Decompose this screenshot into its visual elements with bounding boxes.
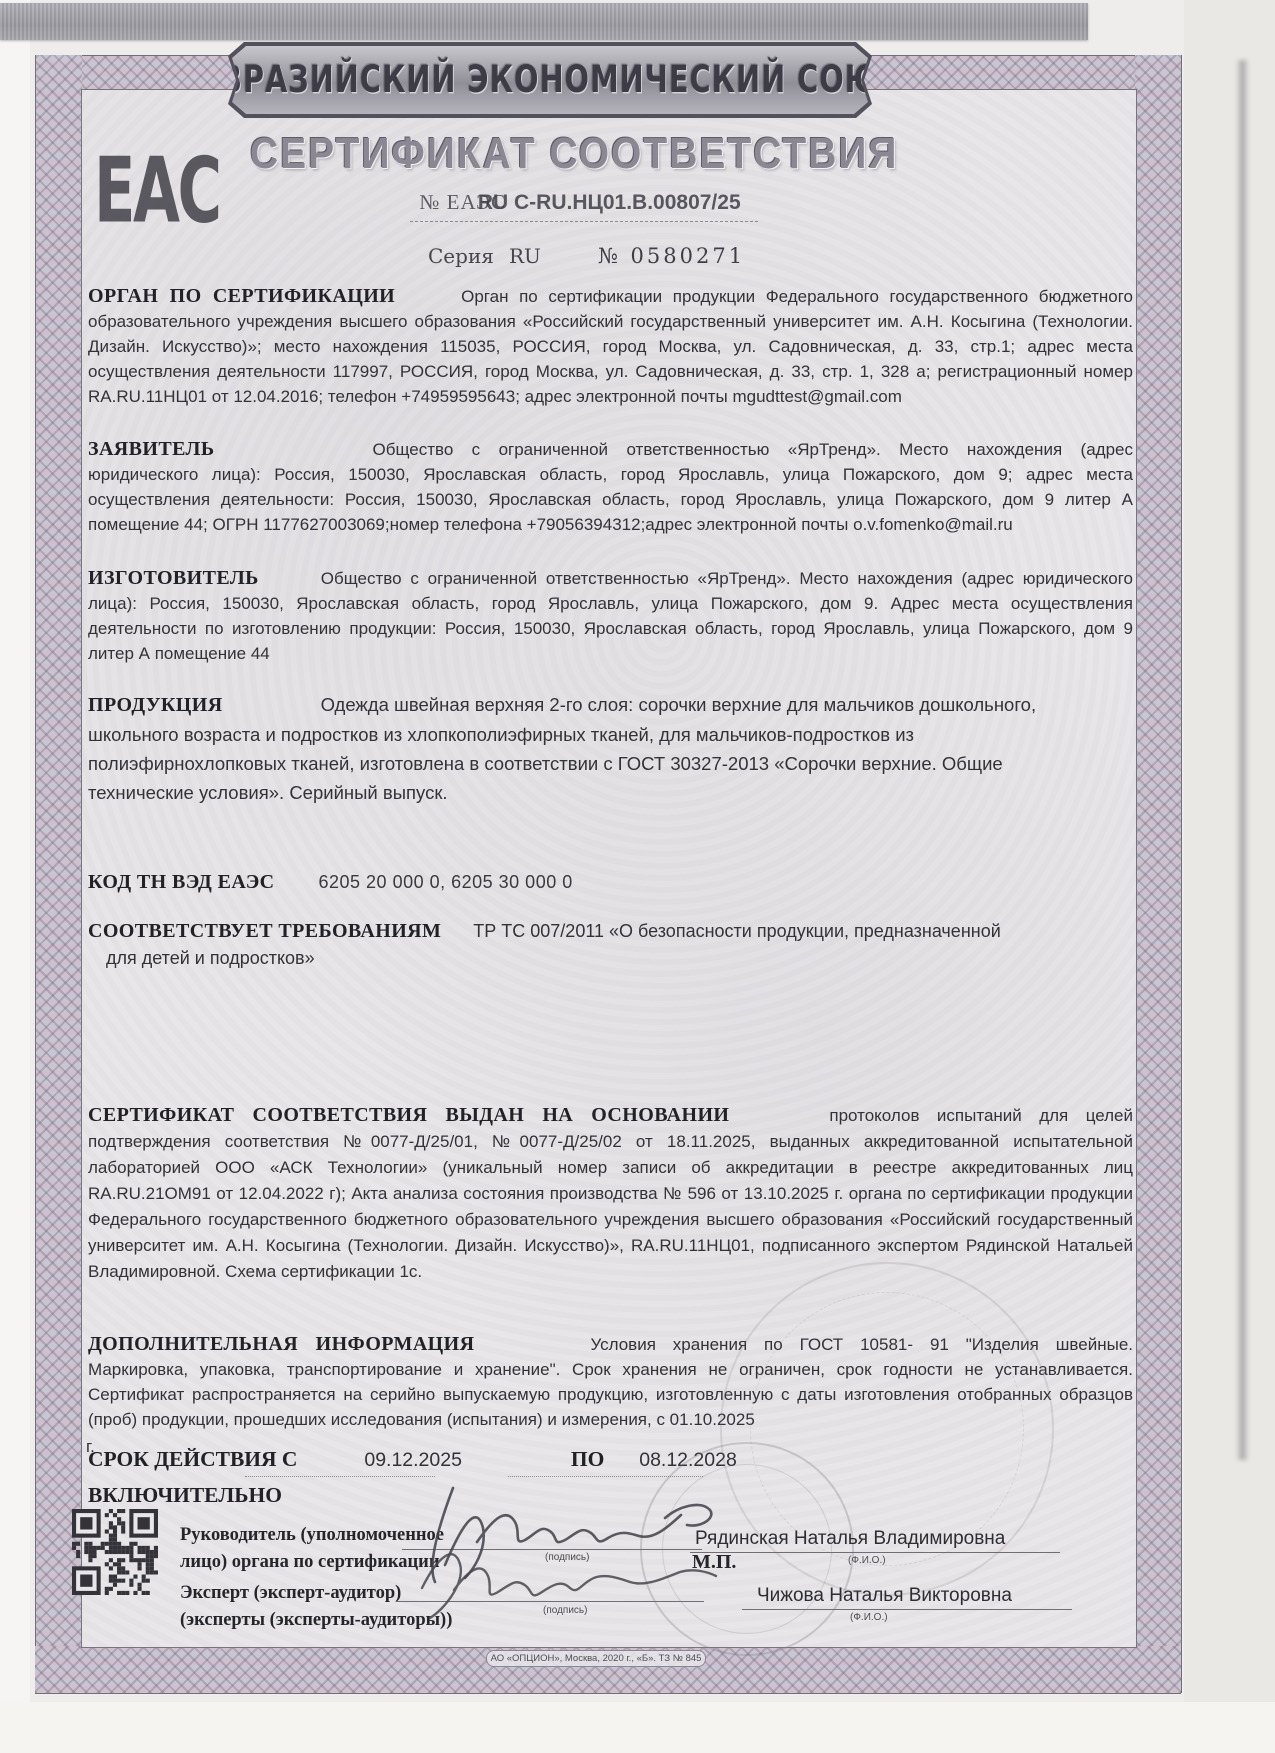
expert-signatory-label: Эксперт (эксперт-аудитор) (эксперты (экс…	[180, 1580, 452, 1634]
qr-code	[72, 1502, 158, 1602]
validity-date-from: 09.12.2025	[364, 1449, 462, 1471]
section-issued-on-basis: СЕРТИФИКАТ СООТВЕТСТВИЯ ВЫДАН НА ОСНОВАН…	[88, 1102, 1133, 1285]
blank-number: № 0580271	[598, 244, 745, 268]
validity-from-underline	[245, 1476, 435, 1477]
certificate-number-underline	[410, 221, 758, 222]
head-signatory-name: Рядинская Наталья Владимировна	[695, 1528, 1005, 1550]
validity-label: СРОК ДЕЙСТВИЯ С	[88, 1447, 297, 1471]
section-product: ПРОДУКЦИЯОдежда швейная верхняя 2-го сло…	[88, 690, 1073, 807]
section-applicant-label: ЗАЯВИТЕЛЬ	[88, 438, 214, 460]
validity-po-label: ПО	[571, 1447, 604, 1471]
section-product-label: ПРОДУКЦИЯ	[88, 694, 223, 716]
section-tnved-label: КОД ТН ВЭД ЕАЭС	[88, 871, 275, 893]
expert-signatory-name: Чижова Наталья Викторовна	[757, 1585, 1012, 1607]
scan-bottom-margin	[0, 1702, 1275, 1753]
expert-name-caption: (Ф.И.О.)	[850, 1612, 888, 1623]
document-title: СЕРТИФИКАТ СООТВЕТСТВИЯ	[250, 130, 890, 179]
page-top-edge-strip	[0, 3, 1088, 40]
scanned-certificate-page: { "banner": { "title": "ЕВРАЗИЙСКИЙ ЭКОН…	[0, 0, 1275, 1753]
section-certification-body: ОРГАН ПО СЕРТИФИКАЦИИОрган по сертификац…	[88, 284, 1133, 409]
expert-signature-line	[396, 1601, 704, 1602]
seal-place-label: М.П.	[692, 1551, 736, 1574]
eac-logo: ЕАС	[94, 146, 205, 262]
head-name-underline	[690, 1552, 1060, 1553]
head-name-caption: (Ф.И.О.)	[848, 1555, 886, 1566]
section-manufacturer: ИЗГОТОВИТЕЛЬОбщество с ограниченной отве…	[88, 566, 1133, 666]
eeu-banner-plate: ЕВРАЗИЙСКИЙ ЭКОНОМИЧЕСКИЙ СОЮЗ	[232, 46, 868, 114]
certificate-number-value: RU С-RU.НЦ01.В.00807/25	[478, 191, 741, 214]
eeu-banner-title: ЕВРАЗИЙСКИЙ ЭКОНОМИЧЕСКИЙ СОЮЗ	[199, 58, 900, 102]
section-issued-on-basis-text: протоколов испытаний для целей подтвержд…	[88, 1106, 1133, 1281]
scan-right-margin	[1184, 0, 1275, 1753]
section-certification-body-label: ОРГАН ПО СЕРТИФИКАЦИИ	[88, 285, 395, 307]
tnved-code-value: 6205 20 000 0, 6205 30 000 0	[319, 872, 573, 892]
section-manufacturer-label: ИЗГОТОВИТЕЛЬ	[88, 567, 259, 589]
head-signature-line	[402, 1549, 702, 1550]
section-tnved-code: КОД ТН ВЭД ЕАЭС6205 20 000 0, 6205 30 00…	[88, 870, 1133, 895]
scan-left-margin	[0, 0, 30, 1753]
series-value: RU	[509, 244, 541, 268]
section-additional-info-label: ДОПОЛНИТЕЛЬНАЯ ИНФОРМАЦИЯ	[88, 1333, 474, 1355]
section-requirements: СООТВЕТСТВУЕТ ТРЕБОВАНИЯМТР ТС 007/2011 …	[88, 918, 1036, 972]
series-label: Серия	[428, 244, 494, 268]
certificate-number: № ЕАЭС RU С-RU.НЦ01.В.00807/25	[330, 190, 830, 215]
scanner-shadow-line	[1236, 60, 1249, 1460]
series-row: Серия RU № 0580271	[428, 244, 745, 268]
validity-row: СРОК ДЕЙСТВИЯ С 09.12.2025 ПО 08.12.2028	[88, 1447, 737, 1472]
eeu-banner: ЕВРАЗИЙСКИЙ ЭКОНОМИЧЕСКИЙ СОЮЗ	[228, 42, 872, 118]
expert-name-underline	[742, 1609, 1072, 1610]
border-band-left	[35, 55, 82, 1693]
border-band-right	[1135, 55, 1182, 1693]
qr-code-image	[72, 1502, 158, 1602]
head-signature-caption: (подпись)	[545, 1552, 589, 1563]
expert-signature-caption: (подпись)	[543, 1605, 587, 1616]
section-issued-on-basis-label: СЕРТИФИКАТ СООТВЕТСТВИЯ ВЫДАН НА ОСНОВАН…	[88, 1104, 729, 1126]
section-requirements-label: СООТВЕТСТВУЕТ ТРЕБОВАНИЯМ	[88, 920, 441, 942]
section-applicant: ЗАЯВИТЕЛЬОбщество с ограниченной ответст…	[88, 437, 1133, 537]
printer-note: АО «ОПЦИОН», Москва, 2020 г., «Б». ТЗ № …	[486, 1650, 706, 1667]
